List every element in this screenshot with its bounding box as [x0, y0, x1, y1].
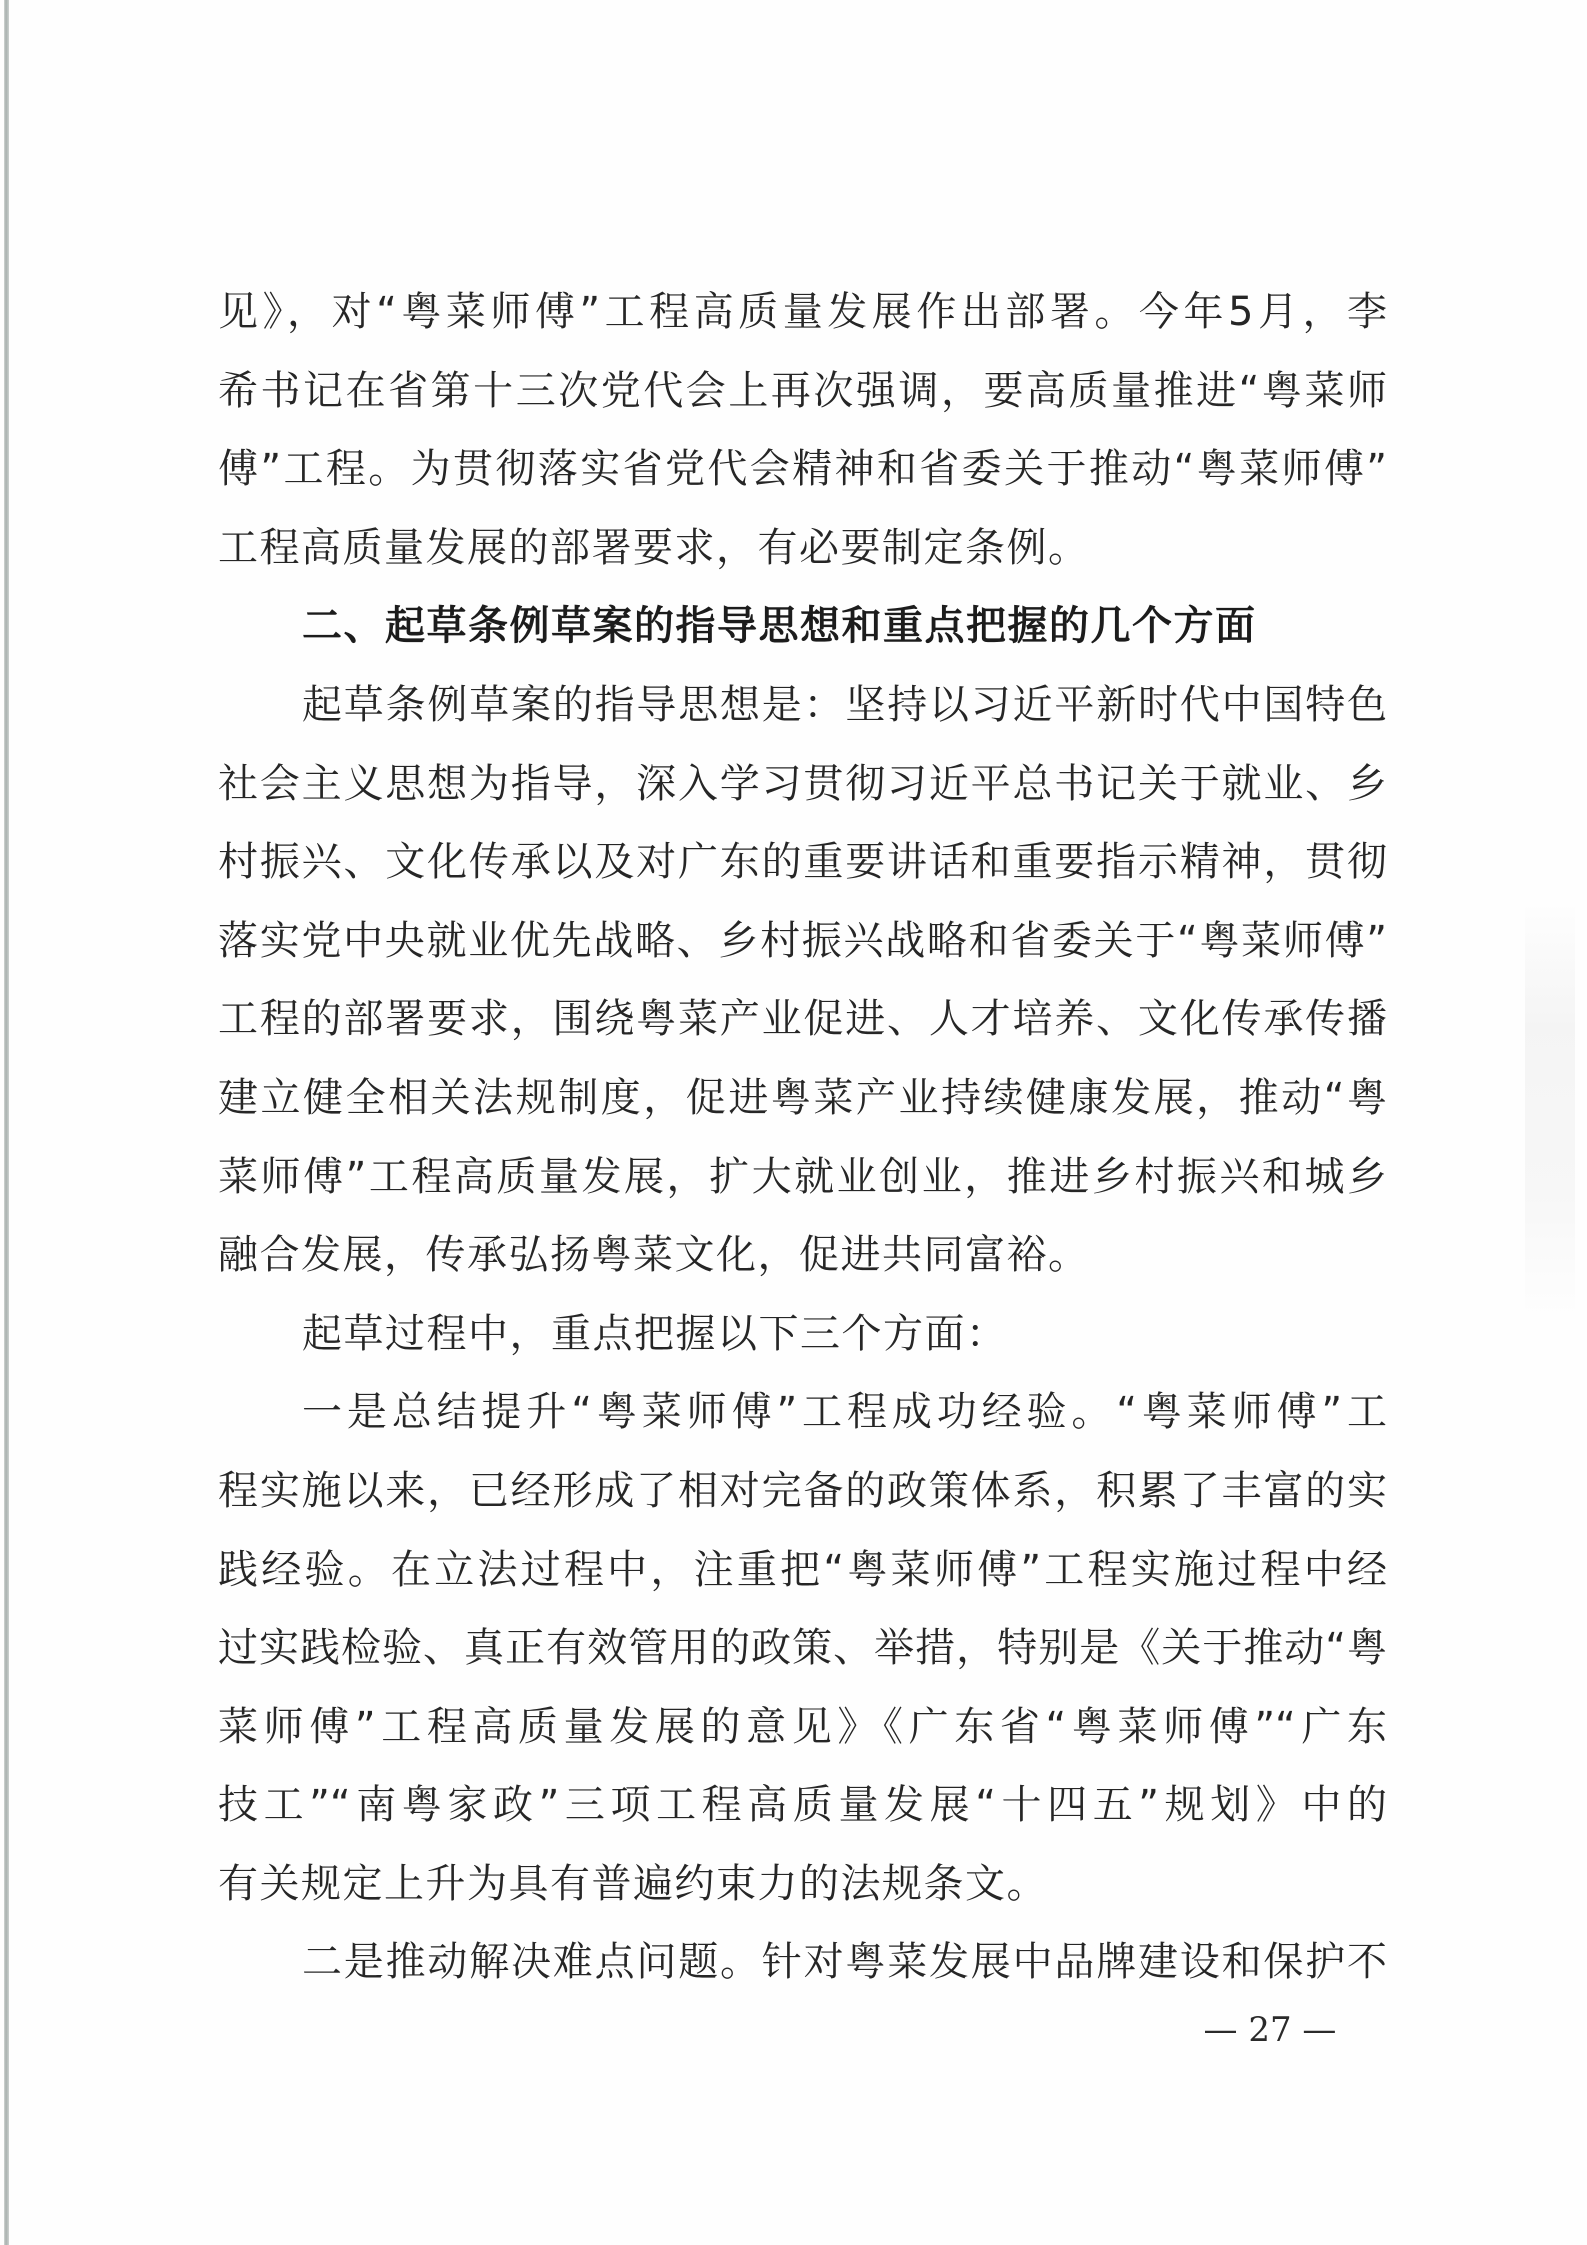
document-page: 见》，对“粤菜师傅”工程高质量发展作出部署。今年5月，李 希书记在省第十三次党代… [0, 0, 1587, 2245]
body-line: 工程的部署要求，围绕粤菜产业促进、人才培养、文化传承传播 [218, 994, 1387, 1044]
body-line: 村振兴、文化传承以及对广东的重要讲话和重要指示精神，贯彻 [218, 837, 1387, 887]
section-heading: 二、起草条例草案的指导思想和重点把握的几个方面 [302, 601, 1387, 651]
body-line: 践经验。在立法过程中，注重把“粤菜师傅”工程实施过程中经 [218, 1545, 1387, 1595]
body-line-paragraph-end: 工程高质量发展的部署要求，有必要制定条例。 [218, 523, 1387, 573]
body-line: 希书记在省第十三次党代会上再次强调，要高质量推进“粤菜师 [218, 366, 1387, 416]
body-line: 菜师傅”工程高质量发展，扩大就业创业，推进乡村振兴和城乡 [218, 1152, 1387, 1202]
body-line: 菜师傅”工程高质量发展的意见》《广东省“粤菜师傅”“广东 [218, 1702, 1387, 1752]
body-line: 程实施以来，已经形成了相对完备的政策体系，积累了丰富的实 [218, 1466, 1387, 1516]
body-line-paragraph-end: 融合发展，传承弘扬粤菜文化，促进共同富裕。 [218, 1230, 1387, 1280]
page-number: — 27 — [1190, 2008, 1350, 2052]
body-line: 社会主义思想为指导，深入学习贯彻习近平总书记关于就业、乡 [218, 759, 1387, 809]
body-line: 落实党中央就业优先战略、乡村振兴战略和省委关于“粤菜师傅” [218, 916, 1387, 966]
body-line-paragraph: 起草过程中，重点把握以下三个方面： [302, 1309, 1387, 1359]
body-line: 傅”工程。为贯彻落实省党代会精神和省委关于推动“粤菜师傅” [218, 444, 1387, 494]
body-line-paragraph-start: 起草条例草案的指导思想是：坚持以习近平新时代中国特色 [302, 680, 1387, 730]
body-line: 见》，对“粤菜师傅”工程高质量发展作出部署。今年5月，李 [218, 287, 1387, 337]
body-line-paragraph-end: 有关规定上升为具有普遍约束力的法规条文。 [218, 1859, 1387, 1909]
body-line: 建立健全相关法规制度，促进粤菜产业持续健康发展，推动“粤 [218, 1073, 1387, 1123]
body-line: 技工”“南粤家政”三项工程高质量发展“十四五”规划》中的 [218, 1780, 1387, 1830]
body-line: 过实践检验、真正有效管用的政策、举措，特别是《关于推动“粤 [218, 1623, 1387, 1673]
scan-bleed-shadow [1525, 900, 1575, 1320]
body-line-paragraph-start: 一是总结提升“粤菜师傅”工程成功经验。“粤菜师傅”工 [302, 1387, 1387, 1437]
scan-edge-line [4, 0, 9, 2245]
body-line-paragraph-start: 二是推动解决难点问题。针对粤菜发展中品牌建设和保护不 [302, 1937, 1387, 1987]
